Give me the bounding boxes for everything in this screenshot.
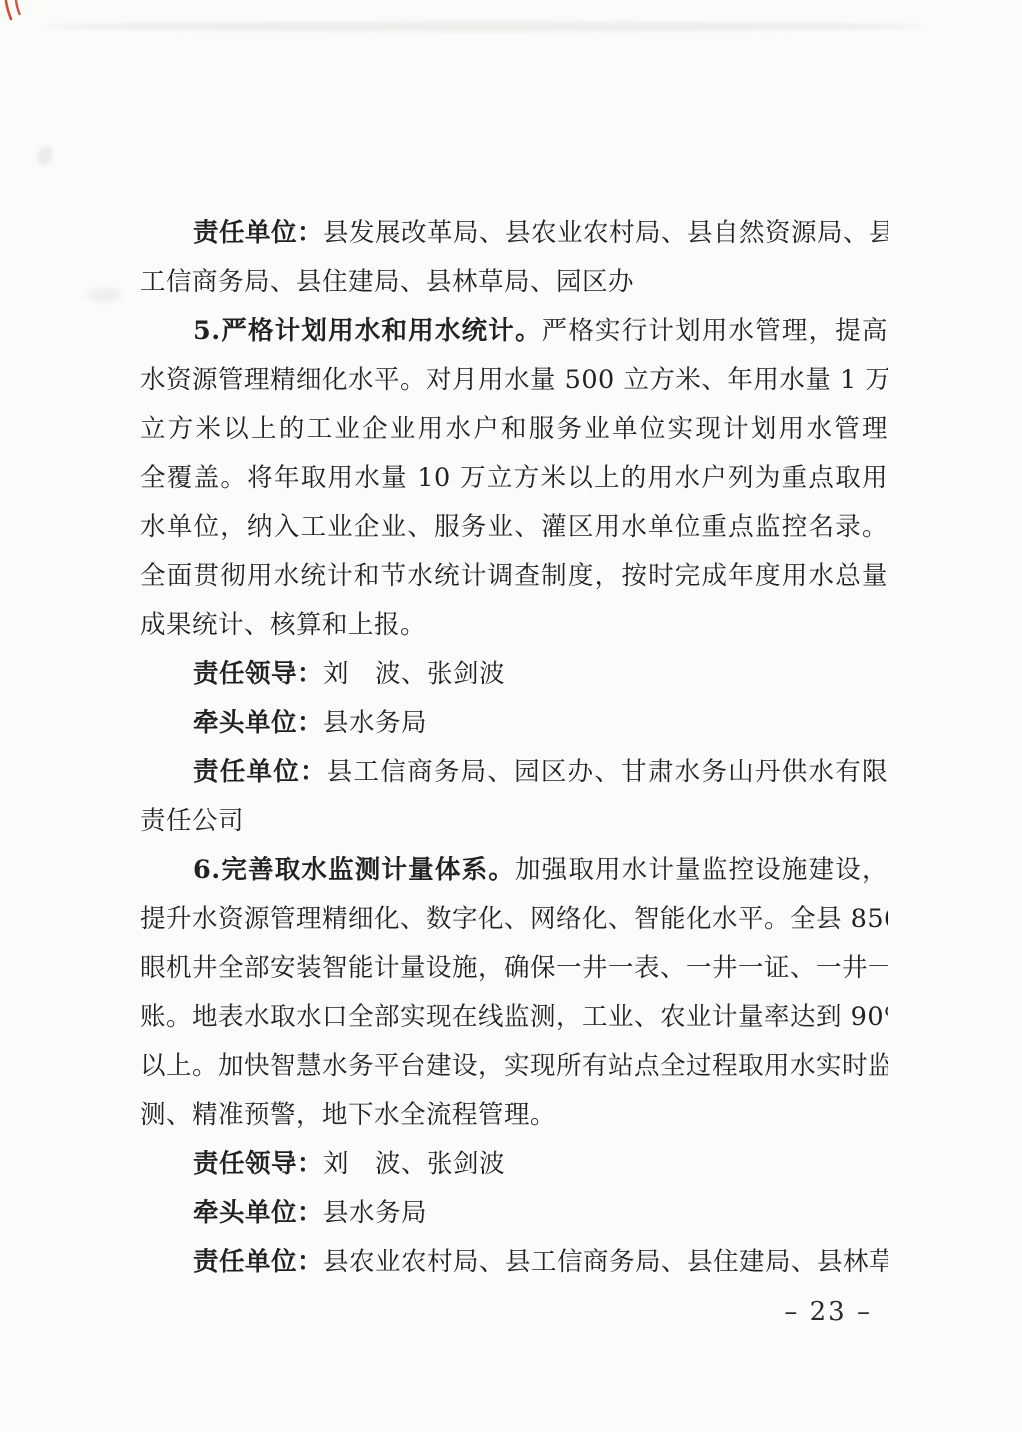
line-text: 县水务局 — [323, 1198, 427, 1228]
line-text: 水单位，纳入工业企业、服务业、灌区用水单位重点监控名录。 — [140, 512, 888, 542]
line-text: 成果统计、核算和上报。 — [140, 610, 426, 640]
line-text: 提升水资源管理精细化、数字化、网络化、智能化水平。全县 856 — [140, 904, 888, 934]
text-line: 牵头单位：县水务局 — [140, 699, 888, 748]
line-label: 责任单位： — [193, 757, 327, 787]
scan-smudge — [45, 22, 925, 31]
line-label: 责任领导： — [193, 1149, 323, 1179]
text-line: 全覆盖。将年取用水量 10 万立方米以上的用水户列为重点取用 — [140, 454, 888, 503]
text-line: 责任单位：县农业农村局、县工信商务局、县住建局、县林草 — [140, 1238, 888, 1287]
text-line: 水资源管理精细化水平。对月用水量 500 立方米、年用水量 1 万 — [140, 356, 888, 405]
line-text: 刘 波、张剑波 — [323, 659, 505, 689]
line-text: 眼机井全部安装智能计量设施，确保一井一表、一井一证、一井一 — [140, 953, 888, 983]
text-line: 以上。加快智慧水务平台建设，实现所有站点全过程取用水实时监 — [140, 1042, 888, 1091]
text-line: 眼机井全部安装智能计量设施，确保一井一表、一井一证、一井一 — [140, 944, 888, 993]
line-text: 工信商务局、县住建局、县林草局、园区办 — [140, 267, 634, 297]
line-text: 县发展改革局、县农业农村局、县自然资源局、县 — [323, 218, 888, 248]
text-line: 账。地表水取水口全部实现在线监测，工业、农业计量率达到 90% — [140, 993, 888, 1042]
text-line: 责任单位：县工信商务局、园区办、甘肃水务山丹供水有限 — [140, 748, 888, 797]
text-line: 责任领导：刘 波、张剑波 — [140, 1140, 888, 1189]
line-text: 测、精准预警，地下水全流程管理。 — [140, 1100, 556, 1130]
line-text: 全面贯彻用水统计和节水统计调查制度，按时完成年度用水总量 — [140, 561, 888, 591]
text-line: 成果统计、核算和上报。 — [140, 601, 888, 650]
document-page: 责任单位：县发展改革局、县农业农村局、县自然资源局、县工信商务局、县住建局、县林… — [0, 0, 1022, 1432]
line-text: 全覆盖。将年取用水量 10 万立方米以上的用水户列为重点取用 — [140, 463, 888, 493]
line-label: 5.严格计划用水和用水统计。 — [193, 316, 542, 346]
page-number: – 23 – — [784, 1297, 872, 1327]
line-text: 责任公司 — [140, 806, 244, 836]
text-line: 全面贯彻用水统计和节水统计调查制度，按时完成年度用水总量 — [140, 552, 888, 601]
line-text: 以上。加快智慧水务平台建设，实现所有站点全过程取用水实时监 — [140, 1051, 888, 1081]
line-label: 牵头单位： — [193, 708, 323, 738]
text-line: 责任领导：刘 波、张剑波 — [140, 650, 888, 699]
line-label: 牵头单位： — [193, 1198, 323, 1228]
text-line: 6.完善取水监测计量体系。加强取用水计量监控设施建设， — [140, 846, 888, 895]
line-text: 严格实行计划用水管理，提高 — [542, 316, 888, 346]
line-text: 加强取用水计量监控设施建设， — [515, 855, 888, 885]
scan-smudge — [35, 144, 54, 167]
text-line: 水单位，纳入工业企业、服务业、灌区用水单位重点监控名录。 — [140, 503, 888, 552]
line-text: 刘 波、张剑波 — [323, 1149, 505, 1179]
line-label: 责任单位： — [193, 218, 323, 248]
text-line: 责任公司 — [140, 797, 888, 846]
text-line: 工信商务局、县住建局、县林草局、园区办 — [140, 258, 888, 307]
line-label: 责任领导： — [193, 659, 323, 689]
red-pen-mark-icon — [2, 0, 26, 26]
line-text: 立方米以上的工业企业用水户和服务业单位实现计划用水管理 — [140, 414, 888, 444]
line-text: 账。地表水取水口全部实现在线监测，工业、农业计量率达到 90% — [140, 1002, 888, 1032]
text-line: 责任单位：县发展改革局、县农业农村局、县自然资源局、县 — [140, 209, 888, 258]
line-text: 县工信商务局、园区办、甘肃水务山丹供水有限 — [327, 757, 888, 787]
document-body: 责任单位：县发展改革局、县农业农村局、县自然资源局、县工信商务局、县住建局、县林… — [140, 209, 888, 1287]
text-line: 牵头单位：县水务局 — [140, 1189, 888, 1238]
text-line: 5.严格计划用水和用水统计。严格实行计划用水管理，提高 — [140, 307, 888, 356]
scan-smudge — [88, 288, 122, 302]
text-line: 立方米以上的工业企业用水户和服务业单位实现计划用水管理 — [140, 405, 888, 454]
line-label: 6.完善取水监测计量体系。 — [193, 855, 515, 885]
text-line: 提升水资源管理精细化、数字化、网络化、智能化水平。全县 856 — [140, 895, 888, 944]
line-text: 水资源管理精细化水平。对月用水量 500 立方米、年用水量 1 万 — [140, 365, 888, 395]
line-text: 县农业农村局、县工信商务局、县住建局、县林草 — [323, 1247, 888, 1277]
line-text: 县水务局 — [323, 708, 427, 738]
line-label: 责任单位： — [193, 1247, 323, 1277]
text-line: 测、精准预警，地下水全流程管理。 — [140, 1091, 888, 1140]
